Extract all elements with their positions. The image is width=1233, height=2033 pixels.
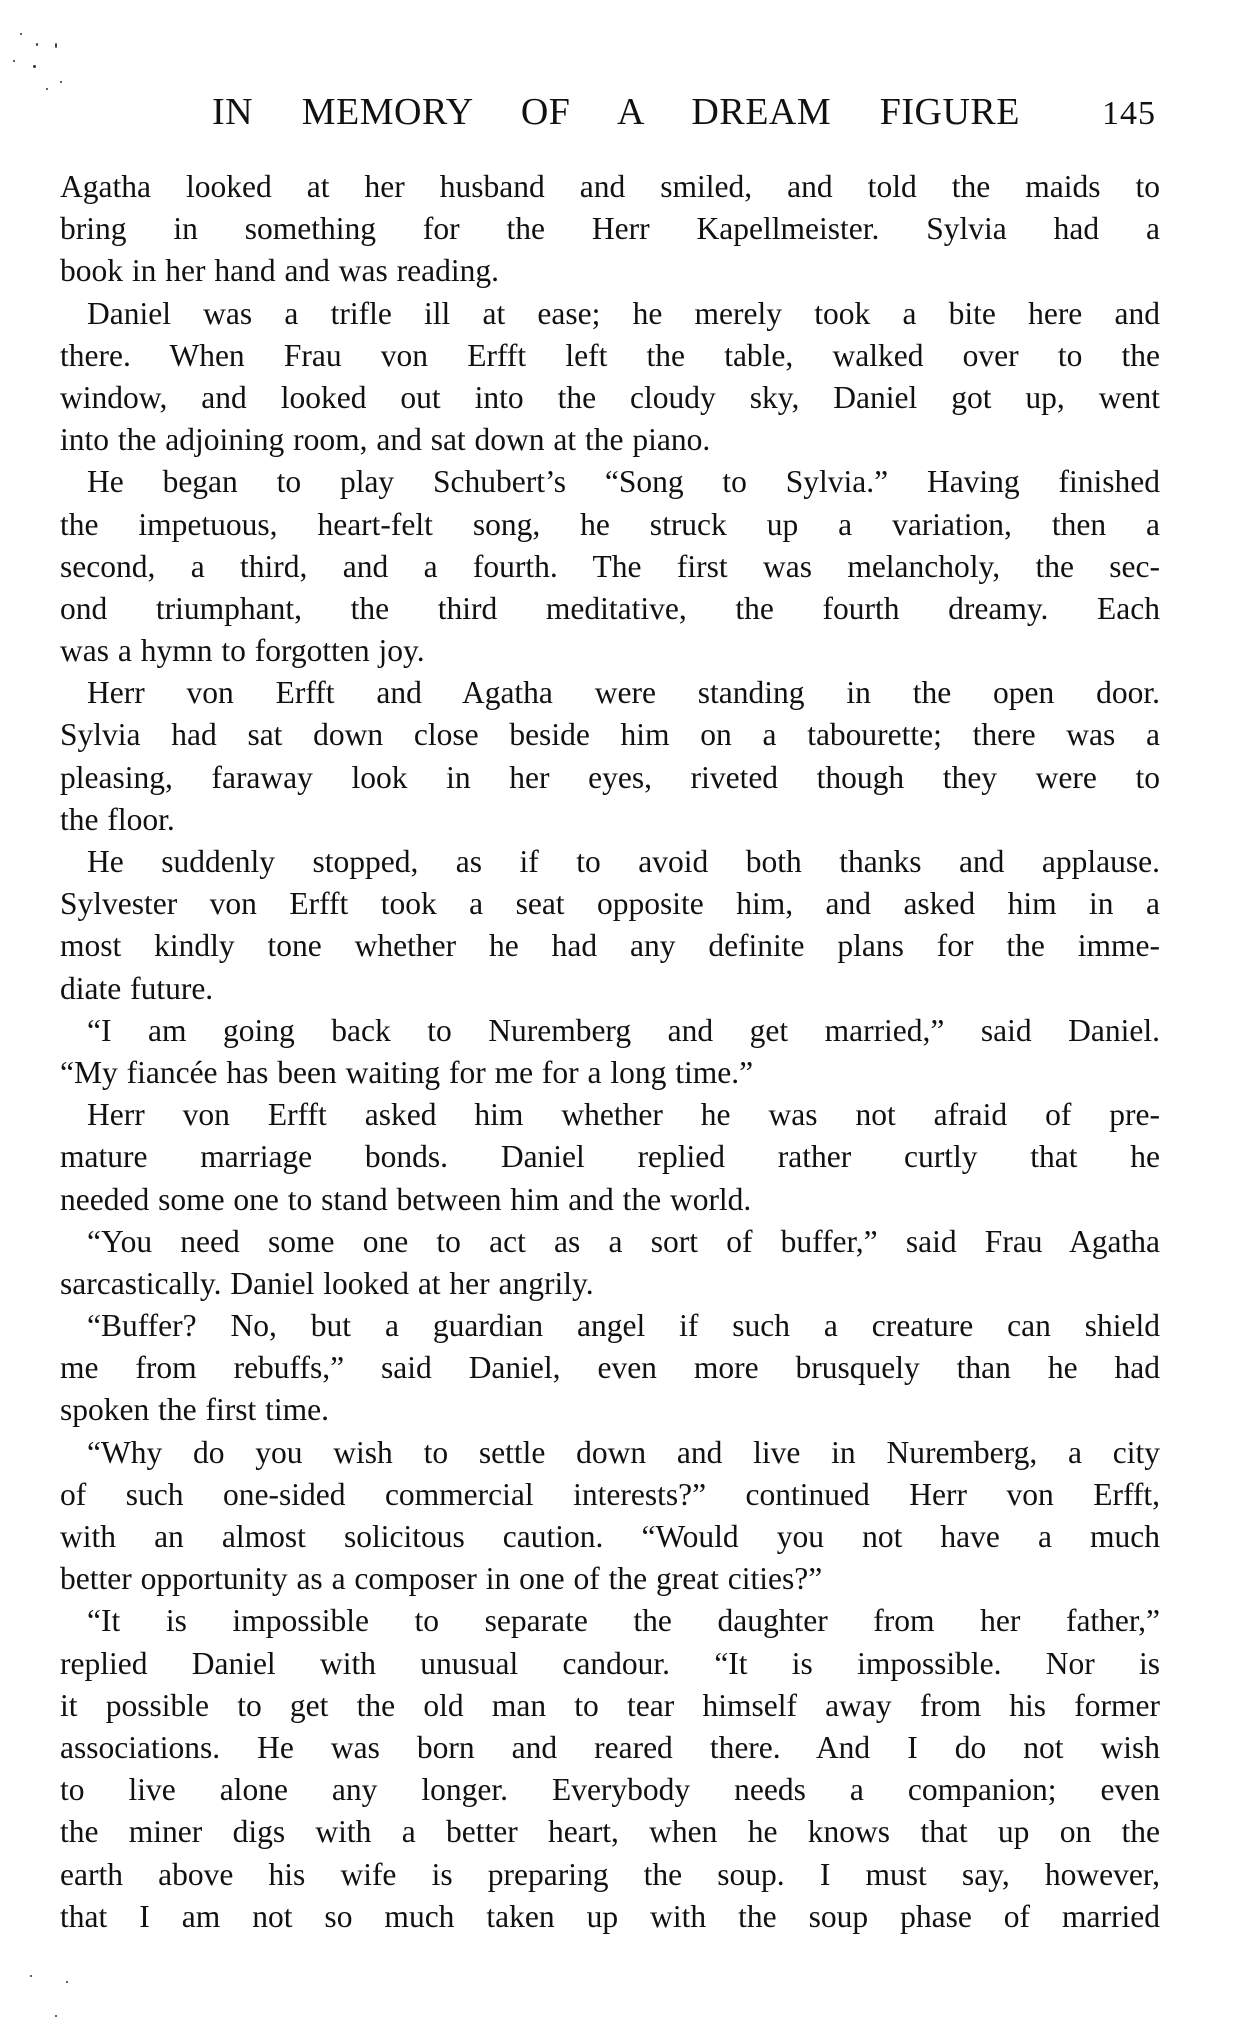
text-line: replied Daniel with unusual candour. “It…: [60, 1643, 1160, 1685]
text-line: Sylvester von Erfft took a seat opposite…: [60, 883, 1160, 925]
running-head: IN MEMORY OF A DREAM FIGURE 145: [0, 90, 1233, 134]
text-line: there. When Frau von Erfft left the tabl…: [60, 335, 1160, 377]
paragraph-first-line: Herr von Erfft and Agatha were standing …: [60, 672, 1160, 714]
page-number: 145: [1102, 92, 1156, 136]
scan-speck: [66, 1981, 68, 1983]
paragraph-first-line: Daniel was a trifle ill at ease; he mere…: [60, 293, 1160, 335]
text-line: the floor.: [60, 799, 1160, 841]
text-line: mature marriage bonds. Daniel replied ra…: [60, 1136, 1160, 1178]
body-text: Agatha looked at her husband and smiled,…: [60, 166, 1160, 1938]
text-line: into the adjoining room, and sat down at…: [60, 419, 1160, 461]
text-line: earth above his wife is preparing the so…: [60, 1854, 1160, 1896]
text-line: was a hymn to forgotten joy.: [60, 630, 1160, 672]
text-line: the impetuous, heart-felt song, he struc…: [60, 504, 1160, 546]
text-line: book in her hand and was reading.: [60, 250, 1160, 292]
text-line: Agatha looked at her husband and smiled,…: [60, 166, 1160, 208]
scan-speck: [30, 1975, 32, 1977]
paragraph-first-line: “Buffer? No, but a guardian angel if suc…: [60, 1305, 1160, 1347]
scan-speck: [55, 2015, 57, 2017]
text-line: to live alone any longer. Everybody need…: [60, 1769, 1160, 1811]
scan-speck: [36, 43, 38, 46]
scan-speck: [20, 33, 22, 35]
text-line: window, and looked out into the cloudy s…: [60, 377, 1160, 419]
paragraph-first-line: “I am going back to Nuremberg and get ma…: [60, 1010, 1160, 1052]
text-line: better opportunity as a composer in one …: [60, 1558, 1160, 1600]
text-line: diate future.: [60, 968, 1160, 1010]
text-line: most kindly tone whether he had any defi…: [60, 925, 1160, 967]
text-line: of such one-sided commercial interests?”…: [60, 1474, 1160, 1516]
text-line: “My fiancée has been waiting for me for …: [60, 1052, 1160, 1094]
paragraph-first-line: He suddenly stopped, as if to avoid both…: [60, 841, 1160, 883]
text-line: associations. He was born and reared the…: [60, 1727, 1160, 1769]
text-line: ond triumphant, the third meditative, th…: [60, 588, 1160, 630]
text-line: with an almost solicitous caution. “Woul…: [60, 1516, 1160, 1558]
scan-speck: [13, 60, 15, 62]
paragraph-first-line: “Why do you wish to settle down and live…: [60, 1432, 1160, 1474]
text-line: that I am not so much taken up with the …: [60, 1896, 1160, 1938]
scan-speck: [55, 43, 57, 48]
paragraph-first-line: He began to play Schubert’s “Song to Syl…: [60, 461, 1160, 503]
text-line: the miner digs with a better heart, when…: [60, 1811, 1160, 1853]
text-line: me from rebuffs,” said Daniel, even more…: [60, 1347, 1160, 1389]
text-line: spoken the first time.: [60, 1389, 1160, 1431]
text-line: second, a third, and a fourth. The first…: [60, 546, 1160, 588]
running-title: IN MEMORY OF A DREAM FIGURE: [212, 90, 1020, 134]
paragraph-first-line: “It is impossible to separate the daught…: [60, 1600, 1160, 1642]
text-line: it possible to get the old man to tear h…: [60, 1685, 1160, 1727]
scan-speck: [33, 65, 36, 68]
paragraph-first-line: Herr von Erfft asked him whether he was …: [60, 1094, 1160, 1136]
text-line: sarcastically. Daniel looked at her angr…: [60, 1263, 1160, 1305]
scan-speck: [60, 81, 62, 83]
text-line: Sylvia had sat down close beside him on …: [60, 714, 1160, 756]
text-line: pleasing, faraway look in her eyes, rive…: [60, 757, 1160, 799]
paragraph-first-line: “You need some one to act as a sort of b…: [60, 1221, 1160, 1263]
text-line: needed some one to stand between him and…: [60, 1179, 1160, 1221]
text-line: bring in something for the Herr Kapellme…: [60, 208, 1160, 250]
